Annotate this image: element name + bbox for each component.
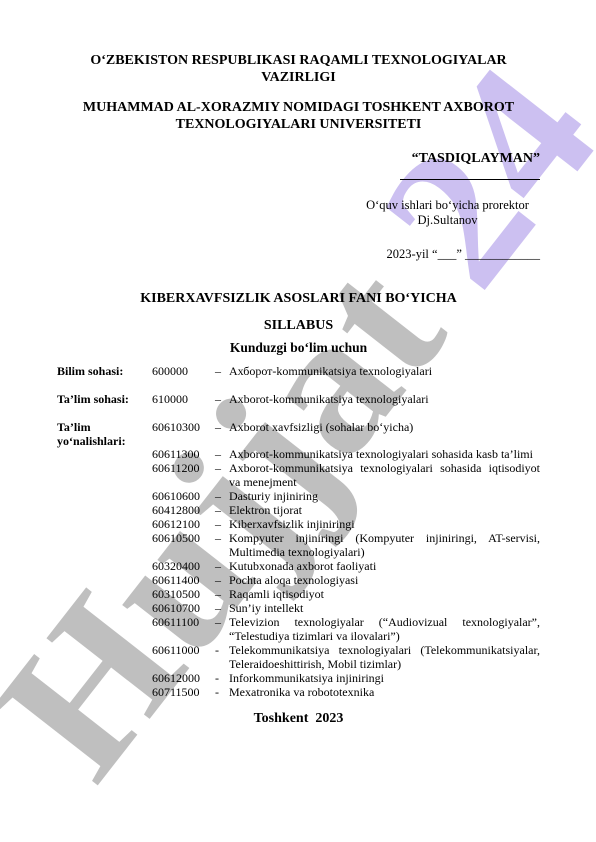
- university-title: MUHAMMAD AL-XORAZMIY NOMIDAGI TOSHKENT A…: [57, 99, 540, 133]
- field-separator: –: [215, 531, 229, 559]
- field-code: 60610500: [152, 531, 215, 559]
- field-text: Kutubxonada axborot faoliyati: [229, 559, 540, 573]
- document-page: Hujjat24 O‘ZBEKISTON RESPUBLIKASI RAQAML…: [0, 0, 596, 842]
- field-row: 60611400–Pochta aloqa texnologiyasi: [152, 573, 540, 587]
- course-title: KIBERXAVFSIZLIK ASOSLARI FANI BO‘YICHA: [57, 290, 540, 307]
- field-code: 60611100: [152, 615, 215, 643]
- field-code: 600000: [152, 364, 215, 378]
- ministry-title: O‘ZBEKISTON RESPUBLIKASI RAQAMLI TEXNOLO…: [57, 52, 540, 86]
- field-text: Dasturiy injiniring: [229, 489, 540, 503]
- field-separator: –: [215, 587, 229, 601]
- field-separator: –: [215, 559, 229, 573]
- field-text: Telekommunikatsiya texnologiyalari (Tele…: [229, 643, 540, 671]
- field-row: 610000–Axborot-kommunikatsiya texnologiy…: [152, 392, 540, 406]
- field-separator: –: [215, 364, 229, 378]
- approver-name: Dj.Sultanov: [355, 213, 540, 228]
- field-row: 60611200–Axborot-kommunikatsiya texnolog…: [152, 461, 540, 489]
- field-text: Axborot-kommunikatsiya texnologiyalari s…: [229, 447, 540, 461]
- field-group: Ta’lim sohasi:610000–Axborot-kommunikats…: [57, 392, 540, 406]
- approval-block: “TASDIQLAYMAN” O‘quv ishlari bo‘yicha pr…: [355, 150, 540, 262]
- field-label: Ta’lim sohasi:: [57, 392, 152, 406]
- field-text: Elektron tijorat: [229, 503, 540, 517]
- field-code: 60612000: [152, 671, 215, 685]
- field-rows: 610000–Axborot-kommunikatsiya texnologiy…: [152, 392, 540, 406]
- field-label: Bilim sohasi:: [57, 364, 152, 378]
- field-code: 60611000: [152, 643, 215, 671]
- field-text: Axborot xavfsizligi (sohalar bo‘yicha): [229, 420, 540, 434]
- field-separator: -: [215, 671, 229, 685]
- field-code: 60612100: [152, 517, 215, 531]
- field-text: Inforkommunikatsiya injiniringi: [229, 671, 540, 685]
- field-text: Kiberxavfsizlik injiniringi: [229, 517, 540, 531]
- approval-date-line: 2023-yil “___” ____________: [355, 247, 540, 262]
- field-text: Televizion texnologiyalar (“Audiovizual …: [229, 615, 540, 643]
- field-row: 60610300–Axborot xavfsizligi (sohalar bo…: [152, 420, 540, 434]
- field-separator: -: [215, 643, 229, 671]
- field-separator: –: [215, 447, 229, 461]
- field-separator: –: [215, 573, 229, 587]
- field-code: 60611300: [152, 447, 215, 461]
- field-row: 60610700–Sun’iy intellekt: [152, 601, 540, 615]
- field-group: Ta’lim yo‘nalishlari:60610300–Axborot xa…: [57, 420, 540, 699]
- field-row: 60610500–Kompyuter injiniringi (Kompyute…: [152, 531, 540, 559]
- field-code: 60610300: [152, 420, 215, 434]
- field-group: Bilim sohasi:600000–Ахборот-kommunikatsi…: [57, 364, 540, 378]
- field-row: 60320400–Kutubxonada axborot faoliyati: [152, 559, 540, 573]
- field-separator: –: [215, 517, 229, 531]
- document-subtitle: Kunduzgi bo‘lim uchun: [57, 340, 540, 356]
- document-type: SILLABUS: [57, 317, 540, 334]
- field-code: 60412800: [152, 503, 215, 517]
- field-label: Ta’lim yo‘nalishlari:: [57, 420, 152, 699]
- field-text: Sun’iy intellekt: [229, 601, 540, 615]
- field-code: 60610700: [152, 601, 215, 615]
- field-code: 610000: [152, 392, 215, 406]
- field-row: 60612100–Kiberxavfsizlik injiniringi: [152, 517, 540, 531]
- field-row: 60412800–Elektron tijorat: [152, 503, 540, 517]
- field-text: Ахборот-kommunikatsiya texnologiyalari: [229, 364, 540, 378]
- field-code: 60310500: [152, 587, 215, 601]
- field-separator: –: [215, 615, 229, 643]
- city-year: Toshkent 2023: [57, 711, 540, 727]
- field-code: 60611400: [152, 573, 215, 587]
- field-text: Axborot-kommunikatsiya texnologiyalari: [229, 392, 540, 406]
- field-row: 60711500-Mexatronika va robototexnika: [152, 685, 540, 699]
- field-code: 60611200: [152, 461, 215, 489]
- field-separator: –: [215, 392, 229, 406]
- field-text: Axborot-kommunikatsiya texnologiyalari s…: [229, 461, 540, 489]
- field-separator: –: [215, 461, 229, 489]
- page-content: O‘ZBEKISTON RESPUBLIKASI RAQAMLI TEXNOLO…: [0, 0, 596, 727]
- field-separator: –: [215, 503, 229, 517]
- field-separator: –: [215, 489, 229, 503]
- field-text: Raqamli iqtisodiyot: [229, 587, 540, 601]
- field-text: Mexatronika va robototexnika: [229, 685, 540, 699]
- field-text: Pochta aloqa texnologiyasi: [229, 573, 540, 587]
- field-rows: 600000–Ахборот-kommunikatsiya texnologiy…: [152, 364, 540, 378]
- field-row: 600000–Ахборот-kommunikatsiya texnologiy…: [152, 364, 540, 378]
- fields-table: Bilim sohasi:600000–Ахборот-kommunikatsi…: [57, 364, 540, 699]
- field-row: 60611000-Telekommunikatsiya texnologiyal…: [152, 643, 540, 671]
- field-separator: –: [215, 420, 229, 434]
- field-code: 60711500: [152, 685, 215, 699]
- field-row: 60612000-Inforkommunikatsiya injiniringi: [152, 671, 540, 685]
- approval-stamp: “TASDIQLAYMAN”: [355, 150, 540, 167]
- field-code: 60320400: [152, 559, 215, 573]
- field-separator: -: [215, 685, 229, 699]
- field-text: Kompyuter injiniringi (Kompyuter injinir…: [229, 531, 540, 559]
- field-separator: –: [215, 601, 229, 615]
- field-rows: 60610300–Axborot xavfsizligi (sohalar bo…: [152, 420, 540, 699]
- field-row: 60611300–Axborot-kommunikatsiya texnolog…: [152, 447, 540, 461]
- field-row: 60310500–Raqamli iqtisodiyot: [152, 587, 540, 601]
- field-code: 60610600: [152, 489, 215, 503]
- field-row: 60611100–Televizion texnologiyalar (“Aud…: [152, 615, 540, 643]
- signature-line: [400, 167, 540, 180]
- approver-position: O‘quv ishlari bo‘yicha prorektor: [355, 198, 540, 213]
- field-row: 60610600–Dasturiy injiniring: [152, 489, 540, 503]
